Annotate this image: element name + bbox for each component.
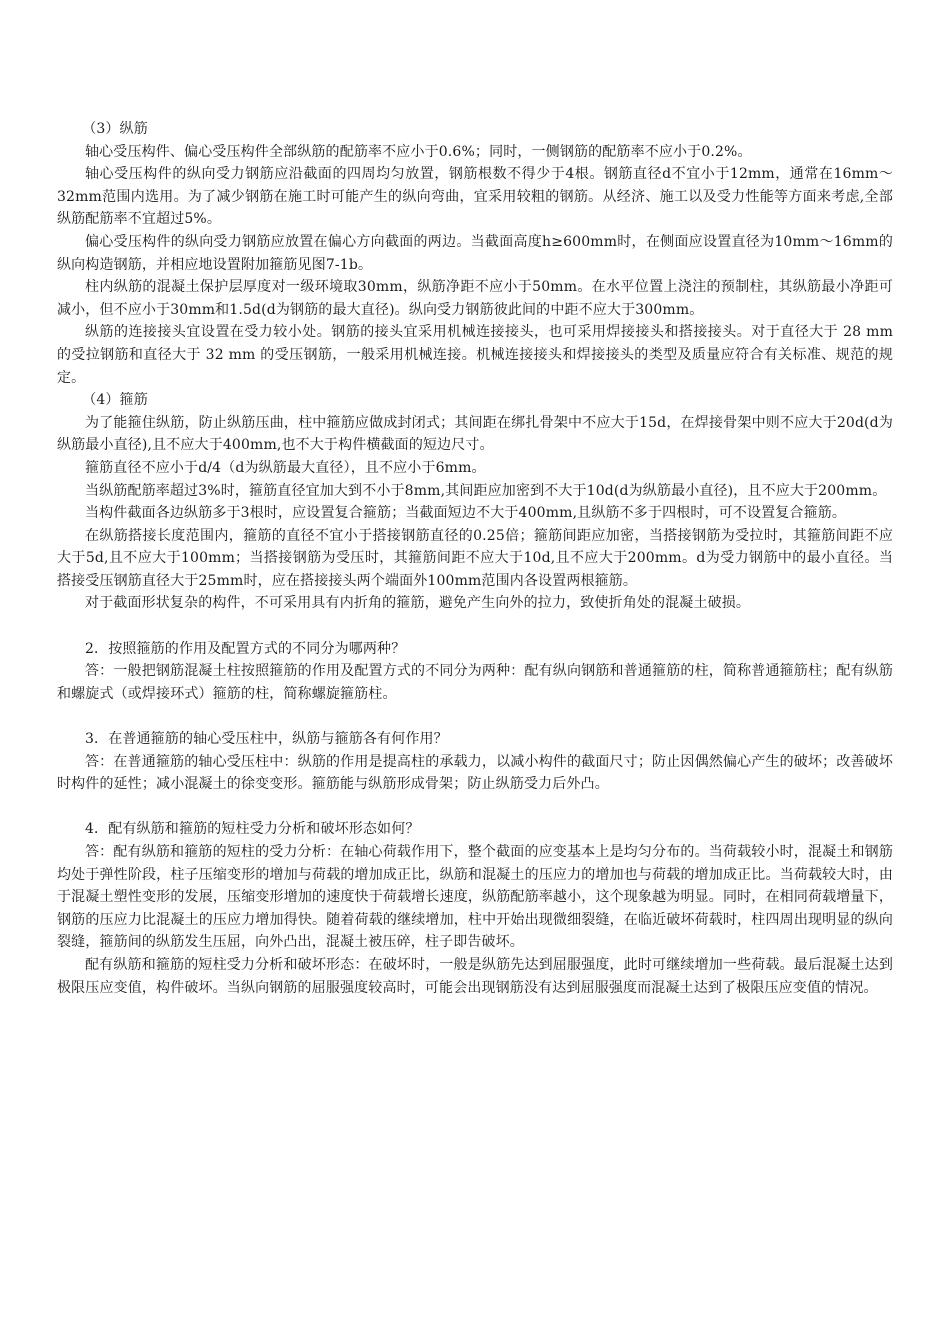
paragraph: 箍筋直径不应小于d/4（d为纵筋最大直径），且不应小于6mm。 — [57, 457, 893, 480]
paragraph: 对于截面形状复杂的构件，不可采用具有内折角的箍筋，避免产生向外的拉力，致使折角处… — [57, 592, 893, 615]
question-4: 4．配有纵筋和箍筋的短柱受力分析和破坏形态如何？ — [57, 818, 893, 841]
question-3: 3．在普通箍筋的轴心受压柱中，纵筋与箍筋各有何作用？ — [57, 728, 893, 751]
spacer — [57, 796, 893, 819]
answer-4: 答：配有纵筋和箍筋的短柱的受力分析：在轴心荷载作用下，整个截面的应变基本上是均匀… — [57, 841, 893, 954]
paragraph: 纵筋的连接接头宜设置在受力较小处。钢筋的接头宜采用机械连接接头，也可采用焊接接头… — [57, 321, 893, 389]
spacer — [57, 615, 893, 638]
paragraph: 柱内纵筋的混凝土保护层厚度对一级环境取30mm，纵筋净距不应小于50mm。在水平… — [57, 276, 893, 321]
spacer — [57, 705, 893, 728]
paragraph: 轴心受压构件的纵向受力钢筋应沿截面的四周均匀放置，钢筋根数不得少于4根。钢筋直径… — [57, 163, 893, 231]
document-page: （3）纵筋 轴心受压构件、偏心受压构件全部纵筋的配筋率不应小于0.6%；同时，一… — [57, 118, 893, 999]
question-2: 2．按照箍筋的作用及配置方式的不同分为哪两种？ — [57, 638, 893, 661]
paragraph: 在纵筋搭接长度范围内，箍筋的直径不宜小于搭接钢筋直径的0.25倍；箍筋间距应加密… — [57, 525, 893, 593]
paragraph: 偏心受压构件的纵向受力钢筋应放置在偏心方向截面的两边。当截面高度h≥600mm时… — [57, 231, 893, 276]
paragraph: 当构件截面各边纵筋多于3根时，应设置复合箍筋；当截面短边不大于400mm,且纵筋… — [57, 502, 893, 525]
answer-3: 答：在普通箍筋的轴心受压柱中：纵筋的作用是提高柱的承载力，以减小构件的截面尺寸；… — [57, 751, 893, 796]
answer-4-continued: 配有纵筋和箍筋的短柱受力分析和破坏形态：在破坏时，一般是纵筋先达到屈服强度，此时… — [57, 954, 893, 999]
paragraph: 为了能箍住纵筋，防止纵筋压曲，柱中箍筋应做成封闭式；其间距在绑扎骨架中不应大于1… — [57, 412, 893, 457]
section-heading-stirrups: （4）箍筋 — [57, 389, 893, 412]
paragraph: 当纵筋配筋率超过3%时，箍筋直径宜加大到不小于8mm,其间距应加密到不大于10d… — [57, 480, 893, 503]
paragraph: 轴心受压构件、偏心受压构件全部纵筋的配筋率不应小于0.6%；同时，一侧钢筋的配筋… — [57, 141, 893, 164]
section-heading-longitudinal-bars: （3）纵筋 — [57, 118, 893, 141]
answer-2: 答：一般把钢筋混凝土柱按照箍筋的作用及配置方式的不同分为两种：配有纵向钢筋和普通… — [57, 660, 893, 705]
